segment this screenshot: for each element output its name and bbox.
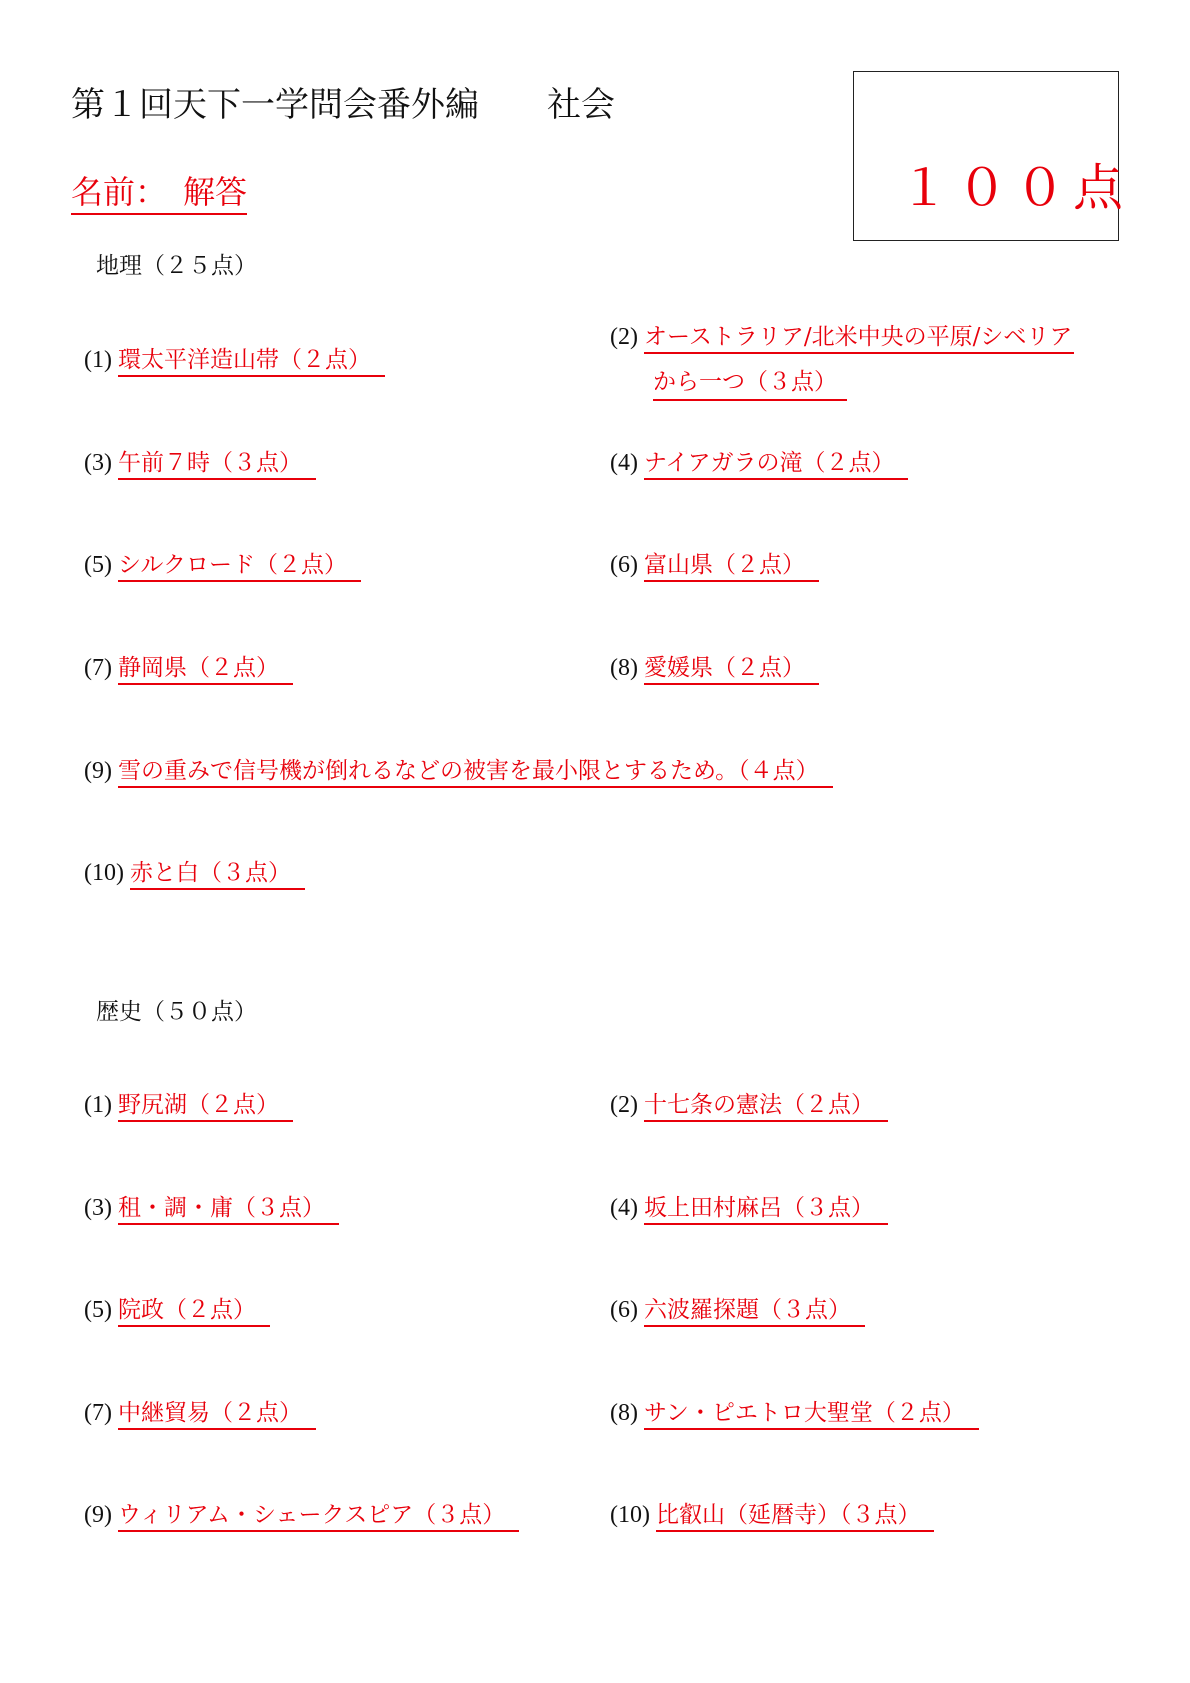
question-number: (8) [610,655,638,681]
answer: 静岡県（２点） [118,655,293,685]
question-number: (6) [610,1297,638,1323]
answer: 富山県（２点） [644,552,819,582]
answer: 野尻湖（２点） [118,1092,293,1122]
answer: 中継貿易（２点） [118,1400,316,1430]
answer: ウィリアム・シェークスピア（３点） [118,1502,519,1532]
answer: 六波羅探題（３点） [644,1297,865,1327]
answer: 十七条の憲法（２点） [644,1092,888,1122]
question-number: (1) [84,347,112,373]
geo-question-7: (7)静岡県（２点） [84,653,293,683]
question-number: (10) [84,860,124,886]
question-number: (8) [610,1400,638,1426]
answer: 院政（２点） [118,1297,270,1327]
hist-question-6: (6)六波羅探題（３点） [610,1295,865,1325]
question-number: (6) [610,552,638,578]
answer: 比叡山（延暦寺）（３点） [656,1502,935,1532]
answer: 環太平洋造山帯（２点） [118,347,385,377]
question-number: (2) [610,324,638,350]
question-number: (9) [84,758,112,784]
hist-question-10: (10)比叡山（延暦寺）（３点） [610,1500,934,1530]
hist-question-1: (1)野尻湖（２点） [84,1090,293,1120]
question-number: (3) [84,1195,112,1221]
answer: 午前７時（３点） [118,450,316,480]
answer: 坂上田村麻呂（３点） [644,1195,888,1225]
geo-question-2-line2: から一つ（３点） [653,367,847,401]
question-number: (9) [84,1502,112,1528]
geo-question-5: (5)シルクロード（２点） [84,550,361,580]
hist-question-2: (2)十七条の憲法（２点） [610,1090,888,1120]
question-number: (3) [84,450,112,476]
question-number: (10) [610,1502,650,1528]
question-number: (4) [610,450,638,476]
hist-question-9: (9)ウィリアム・シェークスピア（３点） [84,1500,519,1530]
geo-question-3: (3)午前７時（３点） [84,448,316,478]
geo-question-8: (8)愛媛県（２点） [610,653,819,683]
answer: 赤と白（３点） [130,860,305,890]
geography-heading: 地理（２５点） [96,251,257,281]
question-number: (1) [84,1092,112,1118]
page-title: 第１回天下一学問会番外編 社会 [71,84,615,126]
answer: オーストラリア/北米中央の平原/シベリア [644,324,1074,354]
score-box: １００点 [853,71,1119,241]
hist-question-8: (8)サン・ピエトロ大聖堂（２点） [610,1398,979,1428]
hist-question-3: (3)租・調・庸（３点） [84,1193,339,1223]
answer: シルクロード（２点） [118,552,361,582]
geo-question-6: (6)富山県（２点） [610,550,819,580]
geo-question-9: (9)雪の重みで信号機が倒れるなどの被害を最小限とするため。（４点） [84,756,833,786]
question-number: (5) [84,552,112,578]
answer: 愛媛県（２点） [644,655,819,685]
geo-question-4: (4)ナイアガラの滝（２点） [610,448,908,478]
question-number: (7) [84,1400,112,1426]
total-score: １００点 [899,158,1131,218]
question-number: (2) [610,1092,638,1118]
hist-question-5: (5)院政（２点） [84,1295,270,1325]
history-heading: 歴史（５０点） [96,997,257,1027]
hist-question-7: (7)中継貿易（２点） [84,1398,316,1428]
answer: ナイアガラの滝（２点） [644,450,908,480]
geo-question-10: (10)赤と白（３点） [84,858,305,888]
answer: 雪の重みで信号機が倒れるなどの被害を最小限とするため。（４点） [118,758,833,788]
question-number: (5) [84,1297,112,1323]
geo-question-1: (1)環太平洋造山帯（２点） [84,345,385,375]
hist-question-4: (4)坂上田村麻呂（３点） [610,1193,888,1223]
answer: 租・調・庸（３点） [118,1195,339,1225]
question-number: (4) [610,1195,638,1221]
name-field: 名前： 解答 [71,172,247,215]
question-number: (7) [84,655,112,681]
geo-question-2: (2)オーストラリア/北米中央の平原/シベリア [610,322,1074,352]
answer: サン・ピエトロ大聖堂（２点） [644,1400,979,1430]
